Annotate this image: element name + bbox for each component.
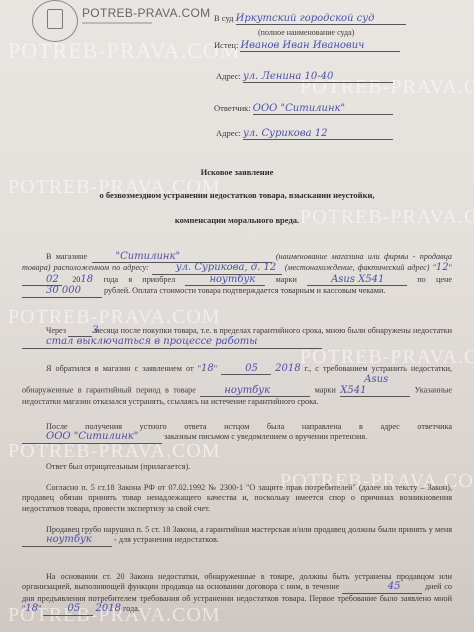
first-claim-day: 18: [25, 603, 38, 614]
defendant-address-label: Адрес:: [216, 128, 241, 138]
doc-title: Исковое заявление: [0, 167, 474, 177]
plaintiff-field: Истец: Иванов Иван Иванович: [214, 40, 400, 52]
watermark: POTREB-PRAVA.COM: [8, 38, 240, 64]
defect-value: стал выключаться в процессе работы: [22, 337, 322, 348]
pretension-defendant: ООО "Ситилинк": [22, 432, 162, 443]
logo-tagline: [82, 22, 152, 24]
plaintiff-address-value: ул. Ленина 10-40: [243, 71, 393, 83]
violation-item: ноутбук: [22, 535, 112, 546]
paragraph-pretension: После получения устного ответа истцом бы…: [22, 422, 452, 444]
paragraph-defect: Через 3 месяца после покупки товара, т.е…: [22, 326, 452, 349]
defendant-label: Ответчик:: [214, 103, 251, 113]
doc-subtitle-line2: компенсации морального вреда.: [0, 215, 474, 225]
defendant-address-value: ул. Сурикова 12: [243, 128, 393, 140]
claim-month: 05: [221, 364, 271, 375]
paragraph-purchase: В магазине "Ситилинк" (наименование мага…: [22, 252, 452, 298]
paragraph-claim: Я обратился в магазин с заявлением от "1…: [22, 364, 452, 408]
claim-item: ноутбук: [200, 386, 310, 397]
logo-emblem-icon: [32, 0, 78, 42]
defendant-address-field: Адрес: ул. Сурикова 12: [216, 128, 393, 140]
purchase-day: 12: [436, 262, 449, 273]
brand-value: Asus X541: [307, 275, 407, 286]
claim-day: 18: [201, 363, 214, 374]
court-value: Иркутский городской суд: [236, 13, 406, 25]
plaintiff-address-field: Адрес: ул. Ленина 10-40: [216, 71, 393, 83]
plaintiff-value: Иванов Иван Иванович: [240, 40, 400, 52]
first-claim-year: 2018: [96, 603, 121, 614]
claim-brand: Asus X541: [340, 375, 410, 397]
price-value: 30 000: [22, 286, 102, 297]
doc-subtitle-line1: о безвозмездном устранении недостатков т…: [0, 190, 474, 200]
court-label: В суд: [214, 13, 234, 23]
plaintiff-address-label: Адрес:: [216, 71, 241, 81]
defendant-value: ООО "Ситилинк": [253, 103, 393, 115]
purchase-year: 18: [80, 274, 93, 285]
item-value: ноутбук: [185, 275, 265, 286]
defendant-field: Ответчик: ООО "Ситилинк": [214, 103, 393, 115]
paragraph-law: Согласно п. 5 ст.18 Закона РФ от 07.02.1…: [22, 483, 452, 514]
paragraph-term: На основании ст. 20 Закона недостатки, о…: [22, 572, 452, 616]
first-claim-month: 05: [43, 604, 93, 615]
logo-text: POTREB-PRAVA.COM: [82, 6, 210, 20]
claim-year: 2018: [275, 363, 300, 374]
term-days: 45: [342, 582, 422, 593]
plaintiff-label: Истец:: [214, 40, 238, 50]
paragraph-violation: Продавец грубо нарушил п. 5 ст. 18 Закон…: [22, 525, 452, 547]
paragraph-answer: Ответ был отрицательным (прилагается).: [22, 462, 452, 472]
court-field: В суд Иркутский городской суд: [214, 13, 406, 25]
court-hint: (полное наименование суда): [258, 28, 354, 37]
